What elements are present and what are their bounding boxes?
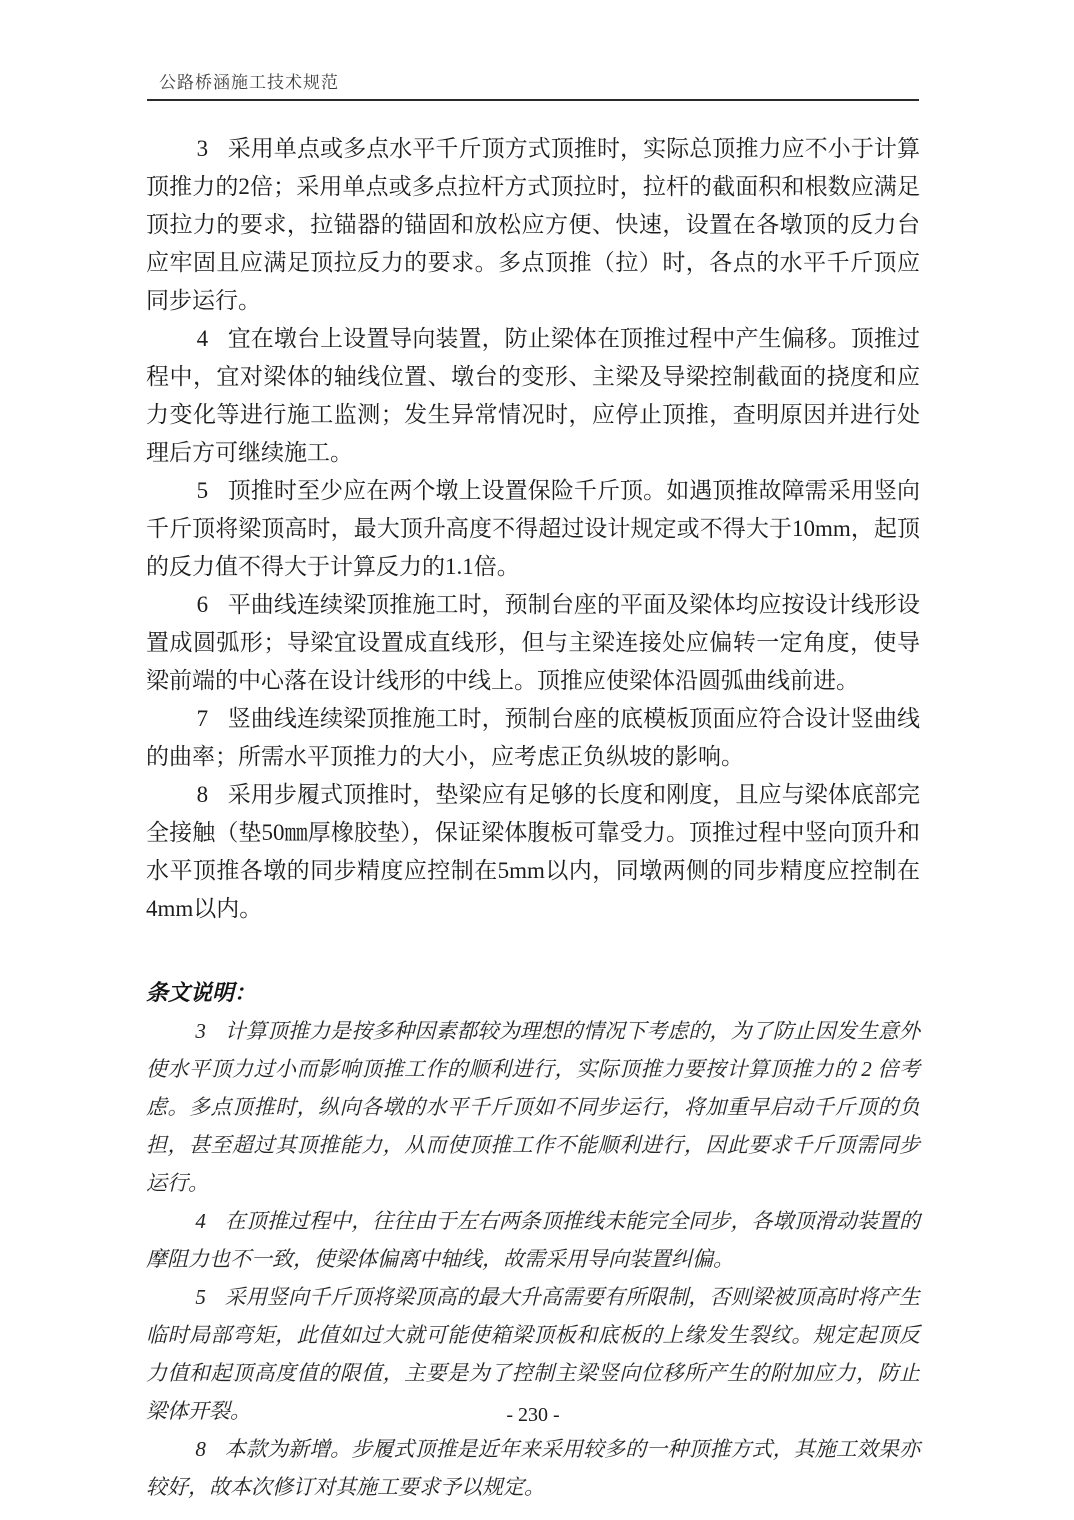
clause-paragraph-4: 4宜在墩台上设置导向装置，防止梁体在顶推过程中产生偏移。顶推过程中，宜对梁体的轴… <box>146 320 920 472</box>
commentary-number: 5 <box>195 1285 206 1309</box>
clause-paragraph-8: 8采用步履式顶推时，垫梁应有足够的长度和刚度，且应与梁体底部完全接触（垫50㎜厚… <box>146 776 920 928</box>
clause-number: 4 <box>197 326 209 351</box>
clause-text: 竖曲线连续梁顶推施工时，预制台座的底模板顶面应符合设计竖曲线的曲率；所需水平顶推… <box>146 706 920 769</box>
commentary-paragraph-4: 4在顶推过程中，往往由于左右两条顶推线未能完全同步，各墩顶滑动装置的摩阻力也不一… <box>146 1202 920 1278</box>
clause-text: 顶推时至少应在两个墩上设置保险千斤顶。如遇顶推故障需采用竖向千斤顶将梁顶高时，最… <box>146 478 920 579</box>
clause-paragraph-7: 7竖曲线连续梁顶推施工时，预制台座的底模板顶面应符合设计竖曲线的曲率；所需水平顶… <box>146 700 920 776</box>
commentary-heading: 条文说明： <box>146 974 920 1012</box>
commentary-paragraph-3: 3计算顶推力是按多种因素都较为理想的情况下考虑的，为了防止因发生意外使水平顶力过… <box>146 1012 920 1202</box>
clause-paragraph-3: 3采用单点或多点水平千斤顶方式顶推时，实际总顶推力应不小于计算顶推力的2倍；采用… <box>146 130 920 320</box>
clause-text: 采用步履式顶推时，垫梁应有足够的长度和刚度，且应与梁体底部完全接触（垫50㎜厚橡… <box>146 782 920 921</box>
clause-paragraph-5: 5顶推时至少应在两个墩上设置保险千斤顶。如遇顶推故障需采用竖向千斤顶将梁顶高时，… <box>146 472 920 586</box>
commentary-number: 3 <box>195 1019 206 1043</box>
commentary-number: 4 <box>195 1209 206 1233</box>
commentary-text: 在顶推过程中，往往由于左右两条顶推线未能完全同步，各墩顶滑动装置的摩阻力也不一致… <box>146 1209 920 1271</box>
commentary-text: 采用竖向千斤顶将梁顶高的最大升高需要有所限制，否则梁被顶高时将产生临时局部弯矩，… <box>146 1285 920 1423</box>
document-title: 公路桥涵施工技术规范 <box>159 68 339 93</box>
clause-number: 7 <box>197 706 209 731</box>
page-content: 3采用单点或多点水平千斤顶方式顶推时，实际总顶推力应不小于计算顶推力的2倍；采用… <box>146 130 920 1506</box>
clause-number: 3 <box>197 136 209 161</box>
clause-text: 采用单点或多点水平千斤顶方式顶推时，实际总顶推力应不小于计算顶推力的2倍；采用单… <box>146 136 920 313</box>
clause-text: 宜在墩台上设置导向装置，防止梁体在顶推过程中产生偏移。顶推过程中，宜对梁体的轴线… <box>146 326 920 465</box>
commentary-text: 本款为新增。步履式顶推是近年来采用较多的一种顶推方式，其施工效果亦较好，故本次修… <box>146 1437 920 1499</box>
commentary-text: 计算顶推力是按多种因素都较为理想的情况下考虑的，为了防止因发生意外使水平顶力过小… <box>146 1019 920 1195</box>
clause-number: 5 <box>197 478 209 503</box>
clause-paragraph-6: 6平曲线连续梁顶推施工时，预制台座的平面及梁体均应按设计线形设置成圆弧形；导梁宜… <box>146 586 920 700</box>
clause-text: 平曲线连续梁顶推施工时，预制台座的平面及梁体均应按设计线形设置成圆弧形；导梁宜设… <box>146 592 920 693</box>
document-page: 公路桥涵施工技术规范 3采用单点或多点水平千斤顶方式顶推时，实际总顶推力应不小于… <box>0 0 1074 1520</box>
commentary-paragraph-8: 8本款为新增。步履式顶推是近年来采用较多的一种顶推方式，其施工效果亦较好，故本次… <box>146 1430 920 1506</box>
page-number: - 230 - <box>146 1404 920 1427</box>
commentary-number: 8 <box>195 1437 206 1461</box>
running-header: 公路桥涵施工技术规范 <box>147 68 919 101</box>
clause-number: 8 <box>197 782 209 807</box>
clause-number: 6 <box>197 592 209 617</box>
